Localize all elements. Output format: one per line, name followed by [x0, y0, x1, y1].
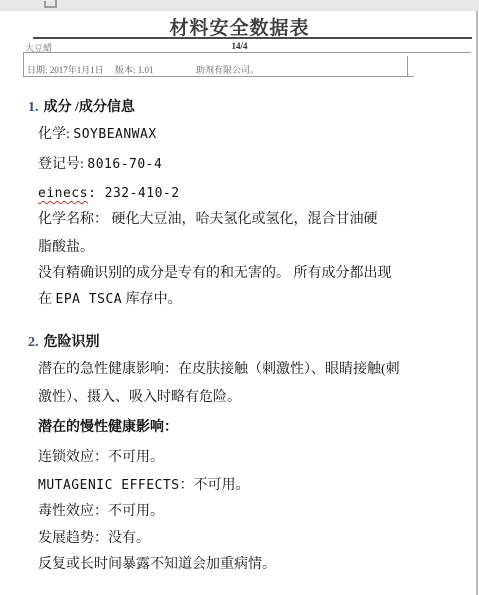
chemical-name-line-2: 脂酸盐。: [38, 240, 94, 255]
repeated-exposure-line: 反复或长时间暴露不知道会加重病情。: [38, 557, 276, 572]
chemical-line: 化学: SOYBEANWAX: [38, 127, 157, 142]
mutagenic-rest: ：不可用。: [180, 478, 250, 493]
synergistic-effects-line: 连锁效应：不可用。: [38, 450, 164, 465]
acute-effects-line-1: 潜在的急性健康影响：在皮肤接触（刺激性）、眼睛接触(刺: [38, 362, 400, 377]
header-divider-1: [23, 52, 471, 53]
section-2-number: 2.: [28, 335, 39, 350]
purity-line: 没有精确识别的成分是专有的和无害的。 所有成分都出现: [38, 266, 392, 281]
registry-line: 登记号: 8016-70-4: [38, 157, 162, 172]
page-number: 14/4: [0, 41, 479, 51]
header-divider-2: [23, 76, 414, 77]
doc-date: 日期: 2017年1月1日: [27, 63, 104, 76]
header-table-right-border: [407, 56, 408, 76]
registry-label: 登记号:: [38, 157, 87, 172]
chemical-value: SOYBEANWAX: [73, 127, 156, 142]
einecs-line: einecs: 232-410-2: [38, 186, 180, 201]
epa-prefix: 在: [38, 292, 56, 307]
section-1-heading: 1.成分 /成分信息: [28, 96, 135, 116]
epa-line: 在 EPA TSCA 库存中。: [38, 292, 182, 307]
doc-version: 版本: 1.01: [115, 63, 154, 76]
epa-latin: EPA TSCA: [56, 292, 123, 307]
chemical-name-line-1: 化学名称： 硬化大豆油，哈夫氢化或氢化，混合甘油硬: [38, 212, 378, 227]
registry-value: 8016-70-4: [87, 157, 162, 172]
section-2-heading: 2.危险识别: [28, 331, 100, 351]
header-table-left-border: [23, 52, 24, 76]
doc-title: 材料安全数据表: [0, 13, 479, 40]
page-break-icon[interactable]: [44, 0, 57, 8]
chronic-effects-heading: 潜在的慢性健康影响：: [38, 420, 178, 435]
section-2-title: 危险识别: [44, 335, 100, 350]
section-1-number: 1.: [28, 100, 39, 115]
doc-company: 助剂有限公司。: [196, 63, 259, 76]
title-underline: [33, 37, 472, 39]
document-window: 材料安全数据表 大豆蜡 14/4 日期: 2017年1月1日 版本: 1.01 …: [0, 0, 479, 595]
page-right-edge: [476, 11, 478, 595]
mutagenic-effects-line: MUTAGENIC EFFECTS：不可用。: [38, 478, 250, 493]
einecs-word: einecs: [38, 186, 88, 201]
section-1-title: 成分 /成分信息: [44, 100, 135, 115]
einecs-value: : 232-410-2: [88, 186, 180, 201]
epa-suffix: 库存中。: [122, 292, 182, 307]
developmental-line: 发展趋势：没有。: [38, 531, 150, 546]
app-chrome-strip: [0, 0, 479, 11]
chemical-label: 化学:: [38, 127, 73, 142]
acute-effects-line-2: 激性）、摄入、吸入时略有危险。: [38, 390, 241, 405]
mutagenic-latin: MUTAGENIC EFFECTS: [38, 478, 180, 493]
toxic-effects-line: 毒性效应：不可用。: [38, 504, 164, 519]
